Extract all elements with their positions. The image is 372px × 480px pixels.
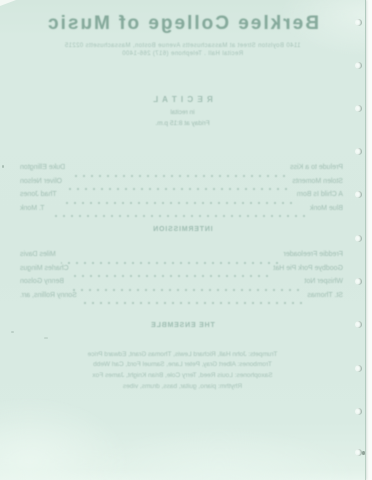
composer-name: Oliver Nelson — [20, 178, 62, 185]
punch-hole — [355, 19, 362, 26]
program-row: Goodbye Pork Pie Hat Charles Mingus — [20, 265, 343, 279]
ensemble-heading: THE ENSEMBLE — [0, 322, 365, 329]
program-row: Freddie Freeloader Miles Davis — [20, 251, 343, 265]
punch-hole — [355, 321, 362, 328]
dot-leader — [67, 187, 287, 191]
scan-speck — [362, 451, 365, 455]
dot-leader — [82, 301, 303, 305]
punch-hole — [355, 148, 362, 155]
punch-hole — [355, 449, 362, 456]
composer-name: Duke Ellington — [20, 164, 65, 171]
ensemble-line: Trombones: Albert Gray, Peter Lane, Samu… — [0, 361, 365, 368]
scan-speck — [11, 331, 14, 333]
composer-name: Benny Golson — [20, 278, 64, 285]
mirrored-bleedthrough-print: Berklee College of Music 1140 Boylston S… — [0, 0, 365, 480]
composer-name: T. Monk — [20, 205, 45, 212]
piece-title: St. Thomas — [307, 292, 343, 299]
address-line-1: 1140 Boylston Street at Massachusetts Av… — [0, 43, 365, 49]
ensemble-line: Rhythm: piano, guitar, bass, drums, vibe… — [0, 383, 365, 390]
program-row: Prelude to a Kiss Duke Ellington — [20, 164, 343, 178]
punch-hole — [355, 408, 362, 415]
piece-title: Blue Monk — [310, 205, 343, 212]
piece-title: Stolen Moments — [292, 178, 343, 185]
ensemble-line: Trumpets: John Hall, Richard Lewis, Thom… — [0, 351, 365, 358]
recital-datetime: Friday at 8:15 p.m. — [0, 120, 365, 127]
punch-hole — [355, 105, 362, 112]
piece-title: Whisper Not — [304, 278, 343, 285]
dot-leader — [70, 174, 285, 178]
program-row: Blue Monk T. Monk — [20, 205, 343, 219]
composer-name: Charles Mingus — [20, 265, 69, 272]
punch-hole — [355, 191, 362, 198]
punch-hole — [355, 62, 362, 69]
ensemble-line: Saxophones: Louis Reed, Terry Cole, Bria… — [0, 372, 365, 379]
punch-hole — [355, 365, 362, 372]
scanned-page: Berklee College of Music 1140 Boylston S… — [0, 0, 372, 480]
program-row: St. Thomas Sonny Rollins, arr. — [20, 292, 343, 306]
recital-title: R E C I T A L — [0, 95, 365, 104]
composer-name: Thad Jones — [20, 191, 57, 198]
dot-leader — [69, 288, 300, 292]
piece-title: A Child Is Born — [297, 191, 343, 198]
intermission-heading: INTERMISSION — [0, 226, 365, 233]
program-list-part1: Prelude to a Kiss Duke Ellington Stolen … — [20, 164, 343, 218]
program-row: A Child Is Born Thad Jones — [20, 191, 343, 205]
punch-hole — [355, 278, 362, 285]
piece-title: Goodbye Pork Pie Hat — [273, 265, 343, 272]
punch-hole — [355, 235, 362, 242]
paper-sheet: Berklee College of Music 1140 Boylston S… — [0, 0, 366, 480]
program-row: Stolen Moments Oliver Nelson — [20, 178, 343, 192]
dot-leader — [61, 261, 279, 265]
dot-leader — [62, 201, 292, 205]
piece-title: Freddie Freeloader — [283, 251, 343, 258]
college-name-heading: Berklee College of Music — [0, 13, 365, 35]
address-line-2: Recital Hall . Telephone (617) 266-1400 — [0, 51, 365, 57]
dot-leader — [50, 214, 305, 218]
composer-name: Miles Davis — [20, 251, 56, 258]
dot-leader — [74, 274, 269, 278]
piece-title: Prelude to a Kiss — [290, 164, 343, 171]
scan-speck — [2, 165, 4, 168]
scan-speck — [44, 337, 48, 339]
program-list-part2: Freddie Freeloader Miles Davis Goodbye P… — [20, 251, 343, 305]
recital-subtitle: in recital — [0, 109, 365, 116]
program-row: Whisper Not Benny Golson — [20, 278, 343, 292]
composer-name: Sonny Rollins, arr. — [20, 292, 77, 299]
